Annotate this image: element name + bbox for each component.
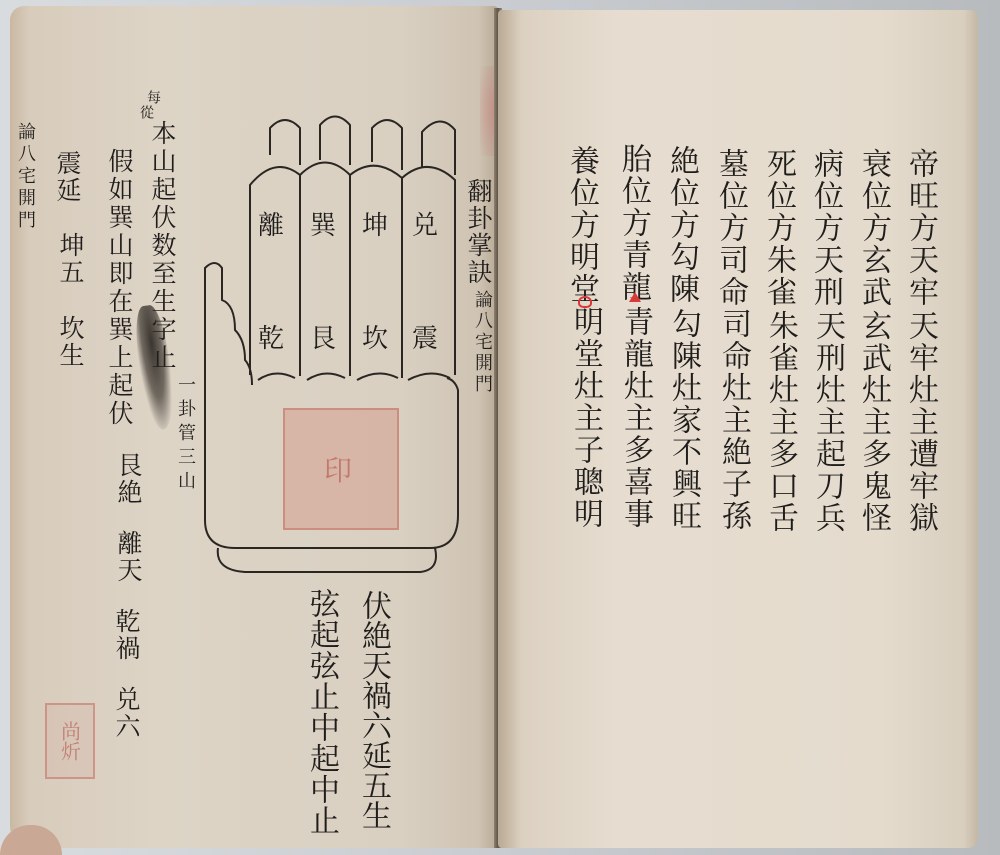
- diagram-subtitle: 論八宅開門: [473, 290, 491, 395]
- red-seal-small: 尚炘: [45, 703, 95, 779]
- trigram-xun: 巽: [310, 205, 336, 242]
- trigram-li: 離: [258, 205, 284, 242]
- red-circle-mark: [578, 296, 592, 308]
- palm-diagram: 離 巽 坤 兑 乾 艮 坎 震 印: [0, 0, 1000, 855]
- bottom-col-5: 司命灶主絶子孫: [718, 308, 748, 532]
- top-col-6: 絶位方勾陳: [666, 145, 696, 305]
- diagram-title: 翻卦掌訣: [466, 178, 491, 286]
- bottom-col-8: 明堂灶主子聰明: [570, 306, 600, 530]
- bottom-col-4: 朱雀灶主多口舌: [765, 310, 795, 534]
- top-col-4: 死位方朱雀: [763, 148, 793, 308]
- trigram-qian: 乾: [258, 318, 284, 355]
- trigram-dui: 兑: [412, 205, 438, 242]
- top-col-1: 帝旺方天牢: [905, 148, 935, 308]
- top-col-5: 墓位方司命: [715, 148, 745, 308]
- trigram-gen: 艮: [310, 318, 336, 355]
- bottom-col-3: 天刑灶主起刀兵: [812, 310, 842, 534]
- red-triangle-mark: [629, 292, 641, 302]
- trigram-kun: 坤: [362, 205, 388, 242]
- red-seal-large: 印: [283, 408, 399, 530]
- top-col-3: 病位方天刑: [810, 148, 840, 308]
- bottom-col-1: 天牢灶主遭牢獄: [905, 310, 935, 534]
- top-col-8: 養位方明堂: [566, 145, 596, 305]
- bottom-col-7: 青龍灶主多喜事: [620, 306, 650, 530]
- verse-left: 弦起弦止中起中止: [306, 588, 336, 836]
- bottom-col-2: 玄武灶主多鬼怪: [858, 310, 888, 534]
- top-col-2: 衰位方玄武: [858, 148, 888, 308]
- bottom-col-6: 勾陳灶家不興旺: [668, 308, 698, 532]
- trigram-kan: 坎: [362, 318, 388, 355]
- trigram-zhen: 震: [412, 318, 438, 355]
- verse-right: 伏絶天禍六延五生: [358, 590, 388, 830]
- hand-outline-drawing: [0, 0, 1000, 855]
- top-col-7: 胎位方青龍: [618, 143, 648, 303]
